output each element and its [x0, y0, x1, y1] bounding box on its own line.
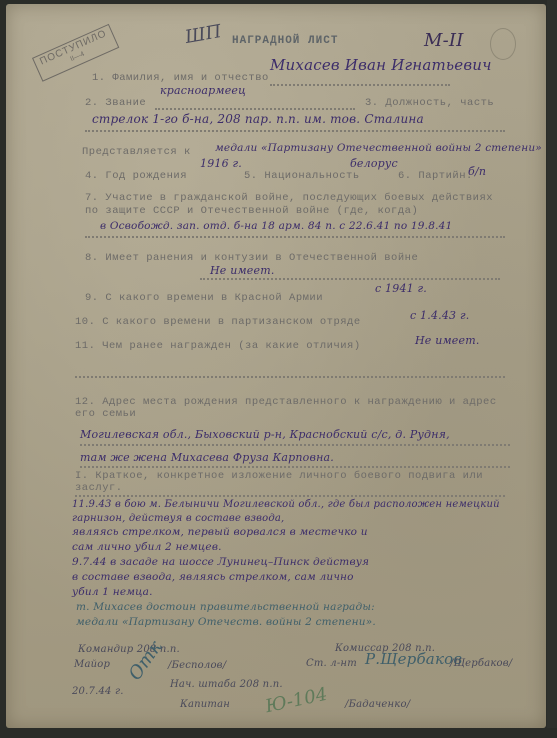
field-1-value: Михасев Иван Игнатьевич	[270, 56, 492, 74]
field-10-value: с 1.4.43 г.	[410, 309, 469, 322]
field-12-address-line1: Могилевская обл., Быховский р-н, Красноб…	[80, 428, 450, 441]
field-7-value: в Освобожд. зап. отд. б-на 18 арм. 84 п.…	[100, 220, 452, 232]
feat-line: 11.9.43 в бою м. Белыничи Могилевской об…	[72, 498, 512, 526]
field-3-label: 3. Должность, часть	[365, 97, 494, 109]
field-10-label: 10. С какого времени в партизанском отря…	[75, 316, 361, 328]
commissar-name: /Щербаков/	[450, 658, 512, 669]
feat-line-conclusion: медали «Партизану Отечеств. войны 2 степ…	[76, 616, 376, 628]
field-1-label: 1. Фамилия, имя и отчество	[92, 72, 269, 84]
feat-section-label: I. Краткое, конкретное изложение личного…	[75, 470, 505, 494]
field-5-label: 5. Национальность	[244, 170, 360, 182]
feat-line: сам лично убил 2 немцев.	[72, 541, 222, 553]
feat-line-conclusion: т. Михасев достоин правительственной наг…	[76, 601, 375, 613]
field-12-label: 12. Адрес места рождения представленного…	[75, 396, 505, 420]
commander-name: /Бесполов/	[168, 660, 226, 671]
field-2-value: красноармеец	[160, 84, 246, 97]
feat-line: 9.7.44 в засаде на шоссе Лунинец–Пинск д…	[72, 556, 369, 568]
field-9-label: 9. С какого времени в Красной Армии	[85, 292, 323, 304]
chief-of-staff-title: Нач. штаба 208 п.п.	[170, 679, 283, 690]
field-11-label: 11. Чем ранее награжден (за какие отличи…	[75, 340, 361, 352]
dotted-line	[80, 466, 510, 468]
feat-line: являясь стрелком, первый ворвался в мест…	[72, 526, 368, 538]
field-6-label: 6. Партийн.	[398, 170, 473, 182]
field-4-label: 4. Год рождения	[85, 170, 187, 182]
field-3-value: стрелок 1-го б-на, 208 пар. п.п. им. тов…	[92, 112, 424, 126]
field-5-value: белорус	[350, 157, 398, 170]
scan-edge-bottom	[0, 728, 557, 738]
dotted-line	[85, 236, 505, 238]
corner-mark: М-II	[424, 30, 464, 51]
chief-of-staff-rank: Капитан	[180, 699, 230, 710]
dotted-line	[200, 278, 500, 280]
dotted-line	[75, 495, 505, 497]
field-4-value: 1916 г.	[200, 157, 242, 170]
commander-rank: Майор	[74, 659, 110, 670]
dotted-line	[155, 108, 355, 110]
document-title: НАГРАДНОЙ ЛИСТ	[232, 35, 338, 47]
nominated-for-label: Представляется к	[82, 146, 191, 158]
feat-line: убил 1 немца.	[72, 586, 153, 598]
field-12-address-line2: там же жена Михасева Фруза Карповна.	[80, 451, 334, 464]
dotted-line	[85, 130, 505, 132]
nominated-for-value: медали «Партизану Отечественной войны 2 …	[215, 142, 542, 154]
field-8-value: Не имеет.	[210, 264, 275, 277]
field-6-value: б/п	[468, 165, 486, 178]
feat-line: в составе взвода, являясь стрелком, сам …	[72, 571, 354, 583]
field-7-label: 7. Участие в гражданской войне, последую…	[85, 192, 505, 218]
scan-edge-right	[547, 0, 557, 738]
commissar-signature: Р.Щербаков	[365, 650, 462, 668]
commissar-rank: Ст. л-нт	[306, 658, 357, 669]
field-2-label: 2. Звание	[85, 97, 146, 109]
dotted-line	[75, 376, 505, 378]
dotted-line	[80, 444, 510, 446]
field-11-value: Не имеет.	[415, 334, 480, 347]
corner-signature-scribble	[490, 28, 516, 60]
award-date: 20.7.44 г.	[72, 686, 124, 697]
field-9-value: с 1941 г.	[375, 282, 427, 295]
dotted-line	[270, 84, 450, 86]
field-8-label: 8. Имеет ранения и контузии в Отечествен…	[85, 252, 418, 264]
chief-of-staff-name: /Бадаченко/	[345, 699, 410, 710]
